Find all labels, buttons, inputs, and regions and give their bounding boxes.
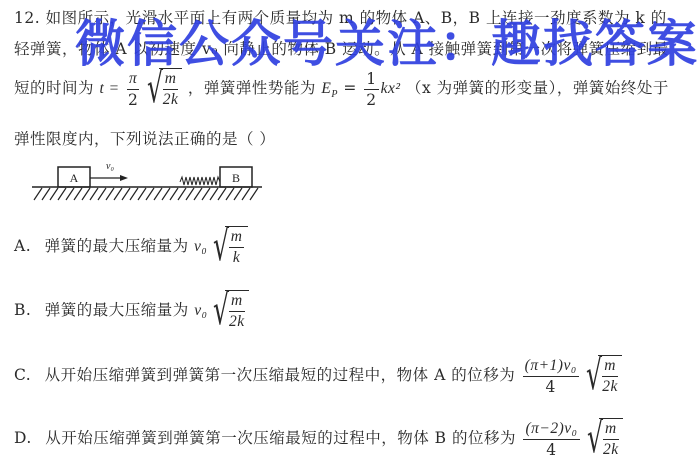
- radical-icon: √: [213, 288, 229, 332]
- frac-num: (π+1)v₀: [523, 356, 579, 377]
- frac-num: (π−2)v₀: [523, 419, 579, 440]
- option-coef: v₀: [194, 238, 207, 255]
- sqrt-expression: √ m 2k: [587, 418, 623, 460]
- radical-icon: √: [586, 353, 602, 397]
- line3-mid: ，弹簧弹性势能为: [188, 79, 316, 97]
- option-text: 从开始压缩弹簧到弹簧第一次压缩最短的过程中，物体 A 的位移为: [45, 366, 516, 384]
- question-line-4: 弹性限度内，下列说法正确的是（ ）: [14, 127, 275, 149]
- block-a-label: A: [70, 171, 79, 185]
- sqrt-den: 2k: [163, 90, 179, 110]
- option-b[interactable]: B. 弹簧的最大压缩量为 v₀ √ m 2k: [14, 290, 249, 332]
- sqrt-expression: √ m 2k: [147, 68, 183, 110]
- watermark: 微信公众号关注：趣找答案: [75, 4, 699, 76]
- ground-hatch: [34, 188, 258, 200]
- option-text: 弹簧的最大压缩量为: [45, 237, 189, 255]
- option-text: 从开始压缩弹簧到弹簧第一次压缩最短的过程中，物体 B 的位移为: [45, 429, 516, 447]
- sqrt-num: m: [163, 69, 179, 90]
- frac-den: 4: [523, 440, 579, 460]
- block-b-label: B: [232, 171, 240, 185]
- question-number: 12.: [14, 9, 40, 27]
- ep-symbol: EP: [321, 80, 338, 97]
- displacement-fraction: (π+1)v₀ 4: [523, 356, 579, 397]
- sqrt-num: m: [229, 227, 245, 248]
- option-d[interactable]: D. 从开始压缩弹簧到弹簧第一次压缩最短的过程中，物体 B 的位移为 (π−2)…: [14, 418, 623, 460]
- velocity-label: v₀: [106, 161, 114, 172]
- option-a[interactable]: A. 弹簧的最大压缩量为 v₀ √ m k: [14, 226, 248, 268]
- option-text: 弹簧的最大压缩量为: [45, 301, 189, 319]
- frac-num: π: [127, 69, 139, 90]
- question-line-3: 短的时间为 t = π 2 √ m 2k ，弹簧弹性势能为 EP = 1 2 k…: [14, 68, 669, 110]
- half-num: 1: [364, 69, 378, 90]
- sqrt-den: k: [229, 248, 245, 268]
- option-coef: v₀: [194, 302, 207, 319]
- question-text-4: 弹性限度内，下列说法正确的是（ ）: [14, 130, 275, 148]
- sqrt-den: 2k: [602, 377, 618, 397]
- displacement-fraction: (π−2)v₀ 4: [523, 419, 579, 460]
- spring-icon: [180, 177, 220, 185]
- radical-icon: √: [147, 66, 163, 110]
- line3-prefix: 短的时间为: [14, 79, 94, 97]
- option-label: C.: [14, 366, 31, 384]
- option-label: B.: [14, 301, 31, 319]
- radical-icon: √: [213, 224, 229, 268]
- sqrt-num: m: [229, 291, 245, 312]
- sqrt-num: m: [602, 356, 618, 377]
- time-var: t =: [99, 80, 119, 97]
- sqrt-expression: √ m 2k: [586, 355, 622, 397]
- option-label: D.: [14, 429, 32, 447]
- sqrt-expression: √ m k: [213, 226, 249, 268]
- physics-diagram: A v₀ B: [22, 155, 272, 205]
- sqrt-expression: √ m 2k: [213, 290, 249, 332]
- equals: =: [343, 79, 357, 97]
- sqrt-num: m: [603, 419, 619, 440]
- sqrt-den: 2k: [603, 440, 619, 460]
- frac-den: 2: [127, 90, 139, 110]
- kx-squared: kx²: [381, 80, 401, 97]
- option-label: A.: [14, 237, 31, 255]
- half-den: 2: [364, 90, 378, 110]
- option-c[interactable]: C. 从开始压缩弹簧到弹簧第一次压缩最短的过程中，物体 A 的位移为 (π+1)…: [14, 355, 622, 397]
- pi-over-2: π 2: [127, 69, 139, 110]
- half-fraction: 1 2: [364, 69, 378, 110]
- line3-suffix: （x 为弹簧的形变量），弹簧始终处于: [406, 79, 669, 97]
- arrow-head-icon: [120, 175, 128, 181]
- radical-icon: √: [587, 416, 603, 460]
- sqrt-den: 2k: [229, 312, 245, 332]
- frac-den: 4: [523, 377, 579, 397]
